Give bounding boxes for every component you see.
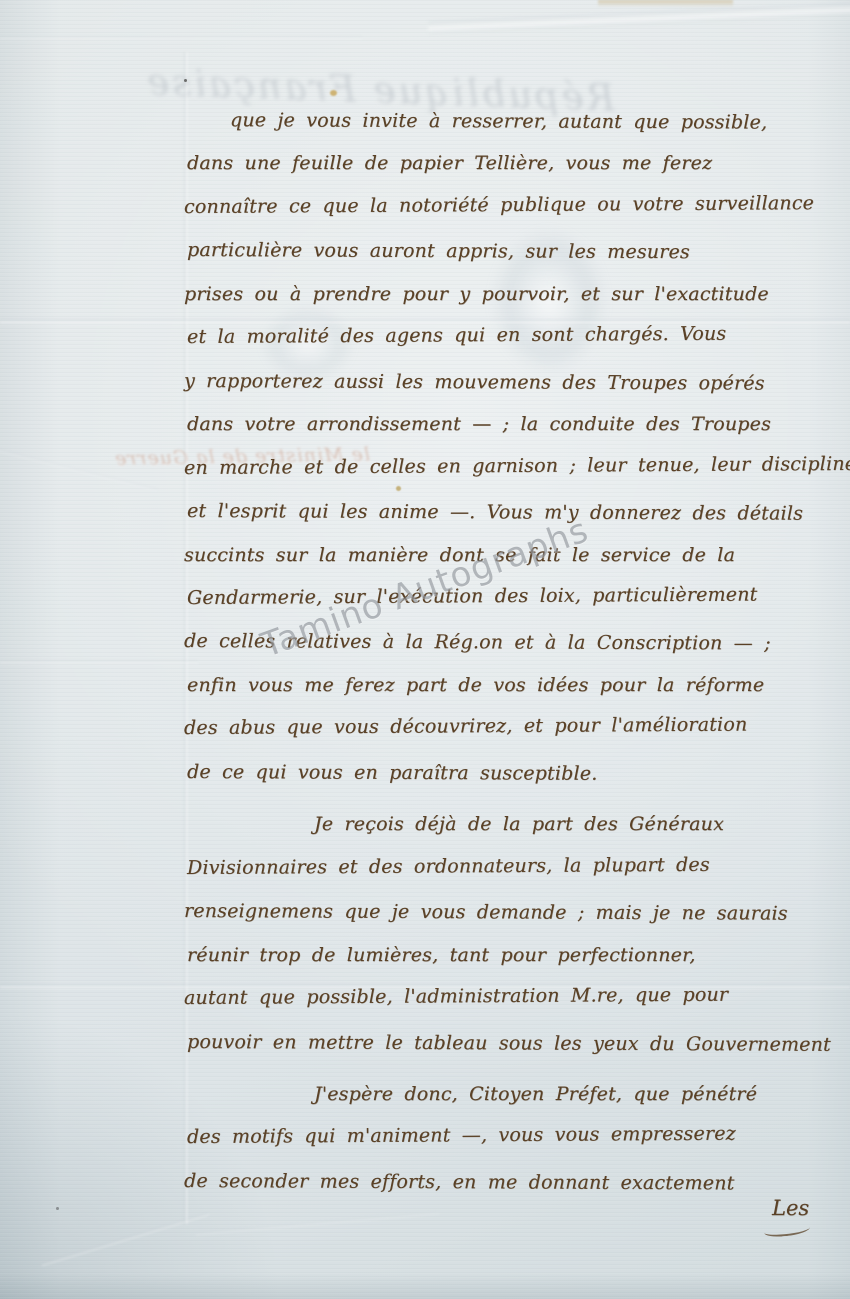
letter-line-4: particulière vous auront appris, sur les…: [187, 229, 840, 275]
left-margin-diagonal-crease: [0, 447, 158, 492]
catchword: Les: [772, 1196, 809, 1221]
letter-line-17: Je reçois déjà de la part des Généraux: [184, 803, 840, 846]
paper-speck: [330, 90, 337, 96]
letter-line-10: et l'esprit qui les anime —. Vous m'y do…: [187, 490, 840, 536]
letter-line-22: pouvoir en mettre le tableau sous les ye…: [187, 1021, 840, 1067]
letter-line-1: que je vous invite à resserrer, autant q…: [184, 99, 840, 145]
letter-page-paper: République Française le Ministre de la G…: [0, 0, 850, 1299]
letter-line-7: y rapporterez aussi les mouvemens des Tr…: [184, 360, 840, 406]
middle-left-crease: [0, 660, 198, 664]
catchword-underline-flourish: [764, 1222, 811, 1238]
top-left-crease: [0, 36, 362, 40]
letter-line-19: renseignemens que je vous demande ; mais…: [184, 890, 840, 936]
letter-line-3: connaître ce que la notoriété publique o…: [184, 182, 840, 229]
letter-line-2: dans une feuille de papier Tellière, vou…: [187, 142, 840, 185]
letter-line-24: des motifs qui m'animent —, vous vous em…: [187, 1112, 840, 1159]
bottom-left-diagonal-crease: [41, 1212, 209, 1266]
bottom-diagonal-crease: [195, 1211, 439, 1235]
letter-line-25: de seconder mes efforts, en me donnant e…: [184, 1160, 840, 1206]
letter-line-15: des abus que vous découvrirez, et pour l…: [184, 703, 840, 750]
letter-line-6: et la moralité des agens qui en sont cha…: [187, 312, 840, 359]
letter-line-14: enfin vous me ferez part de vos idées po…: [187, 664, 840, 707]
letter-line-11: succints sur la manière dont se fait le …: [184, 534, 840, 577]
paper-speck: [184, 79, 187, 82]
letter-line-16: de ce qui vous en paraîtra susceptible.: [187, 751, 840, 797]
letter-line-9: en marche et de celles en garnison ; leu…: [184, 443, 840, 490]
letter-body-text: que je vous invite à resserrer, autant q…: [184, 99, 840, 1203]
letter-line-20: réunir trop de lumières, tant pour perfe…: [187, 934, 840, 977]
letter-line-13: de celles relatives à la Rég.on et à la …: [184, 620, 840, 666]
letter-line-21: autant que possible, l'administration M.…: [184, 973, 840, 1020]
letter-line-12: Gendarmerie, sur l'exécution des loix, p…: [187, 573, 840, 620]
letter-line-18: Divisionnaires et des ordonnateurs, la p…: [187, 843, 840, 890]
top-edge-notch: [598, 0, 733, 7]
letter-line-8: dans votre arrondissement — ; la conduit…: [187, 403, 840, 446]
paper-speck: [56, 1207, 59, 1210]
letter-line-5: prises ou à prendre pour y pourvoir, et …: [184, 273, 840, 316]
letter-line-23: J'espère donc, Citoyen Préfet, que pénét…: [184, 1073, 840, 1116]
top-right-diagonal-crease: [428, 3, 850, 35]
